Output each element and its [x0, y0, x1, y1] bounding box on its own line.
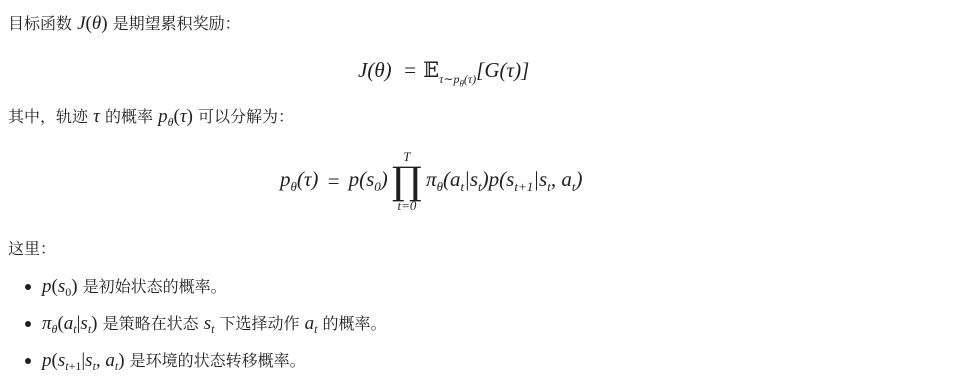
- list-item: p(st+1|st, at) 是环境的状态转移概率。: [0, 342, 387, 379]
- intro-math-j-theta: J(θ): [77, 13, 107, 34]
- item-math-policy: πθ(at|st): [42, 313, 98, 334]
- here-label: 这里：: [8, 237, 56, 261]
- decomp-text-after: 可以分解为：: [193, 107, 294, 126]
- intro-text-after: 是期望累积奖励：: [113, 14, 241, 33]
- bullet-icon: [25, 358, 31, 364]
- decomposition-paragraph: 其中，轨迹 τ 的概率 pθ(τ) 可以分解为：: [8, 105, 294, 134]
- bullet-icon: [25, 284, 31, 290]
- item-math-st: st: [204, 313, 215, 334]
- decomp-tau: τ: [93, 106, 100, 127]
- item-math-p-s0: p(s0): [42, 276, 78, 297]
- item-math-at: at: [305, 313, 318, 334]
- bullet-icon: [25, 321, 31, 327]
- intro-text-before: 目标函数: [8, 14, 77, 33]
- equation-trajectory-probability: pθ(τ) = p(s0) T ∏ t=0 πθ(at|st)p(st+1|st…: [280, 150, 582, 212]
- definitions-list: p(s0) 是初始状态的概率。 πθ(at|st) 是策略在状态 st 下选择动…: [0, 268, 387, 379]
- decomp-text-before: 其中，轨迹: [8, 107, 93, 126]
- list-item: πθ(at|st) 是策略在状态 st 下选择动作 at 的概率。: [0, 305, 387, 342]
- list-item: p(s0) 是初始状态的概率。: [0, 268, 387, 305]
- item-math-transition: p(st+1|st, at): [42, 350, 125, 371]
- decomp-math-p-theta: pθ(τ): [158, 106, 193, 127]
- equation-objective: J(θ) =𝔼τ∼pθ(τ)[G(τ)]: [358, 58, 529, 88]
- expectation-symbol: 𝔼: [423, 58, 439, 82]
- intro-paragraph: 目标函数 J(θ) 是期望累积奖励：: [8, 12, 241, 36]
- decomp-text-mid: 的概率: [100, 107, 158, 126]
- product-operator: T ∏ t=0: [392, 150, 422, 212]
